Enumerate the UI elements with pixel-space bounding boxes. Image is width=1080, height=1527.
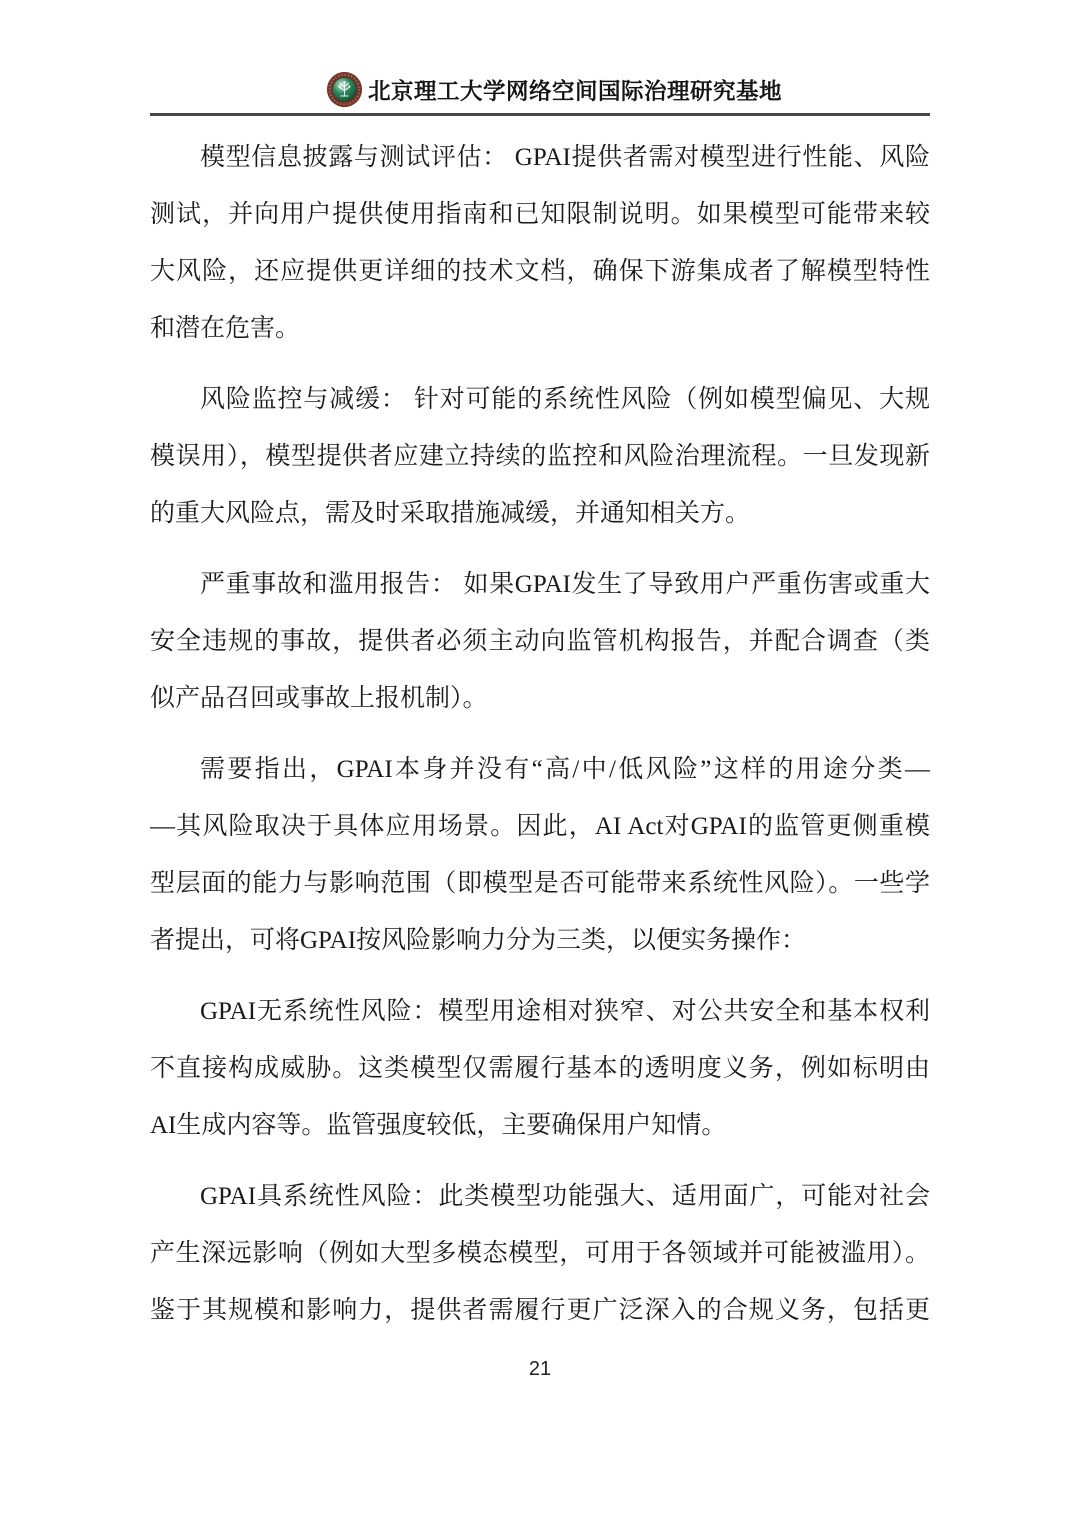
text-line: GPAI具系统性风险：此类模型功能强大、适用面广，可能对社会 <box>150 1168 930 1225</box>
paragraph: GPAI具系统性风险：此类模型功能强大、适用面广，可能对社会产生深远影响（例如大… <box>150 1168 930 1339</box>
text-line: 风险监控与减缓： 针对可能的系统性风险（例如模型偏见、大规 <box>150 371 930 428</box>
text-line: AI生成内容等。监管强度较低，主要确保用户知情。 <box>150 1097 930 1154</box>
text-line: 模误用），模型提供者应建立持续的监控和风险治理流程。一旦发现新 <box>150 428 930 485</box>
university-seal-icon <box>326 71 363 108</box>
text-line: 产生深远影响（例如大型多模态模型，可用于各领域并可能被滥用）。 <box>150 1225 930 1282</box>
text-line: 不直接构成威胁。这类模型仅需履行基本的透明度义务，例如标明由 <box>150 1040 930 1097</box>
page-header: 北京理工大学网络空间国际治理研究基地 <box>150 0 930 116</box>
text-line: —其风险取决于具体应用场景。因此，AI Act对GPAI的监管更侧重模 <box>150 798 930 855</box>
paragraph: 风险监控与减缓： 针对可能的系统性风险（例如模型偏见、大规模误用），模型提供者应… <box>150 371 930 542</box>
text-line: 似产品召回或事故上报机制）。 <box>150 670 930 727</box>
text-line: 需要指出，GPAI本身并没有“高/中/低风险”这样的用途分类— <box>150 741 930 798</box>
text-line: 大风险，还应提供更详细的技术文档，确保下游集成者了解模型特性 <box>150 243 930 300</box>
text-line: 安全违规的事故，提供者必须主动向监管机构报告，并配合调查（类 <box>150 613 930 670</box>
text-line: 模型信息披露与测试评估： GPAI提供者需对模型进行性能、风险 <box>150 129 930 186</box>
document-body: 模型信息披露与测试评估： GPAI提供者需对模型进行性能、风险测试，并向用户提供… <box>150 116 930 1339</box>
page-number: 21 <box>0 1358 1080 1381</box>
text-line: 者提出，可将GPAI按风险影响力分为三类，以便实务操作： <box>150 912 930 969</box>
text-line: 严重事故和滥用报告： 如果GPAI发生了导致用户严重伤害或重大 <box>150 556 930 613</box>
paragraph: GPAI无系统性风险：模型用途相对狭窄、对公共安全和基本权利不直接构成威胁。这类… <box>150 983 930 1154</box>
text-line: 的重大风险点，需及时采取措施减缓，并通知相关方。 <box>150 485 930 542</box>
document-page: 北京理工大学网络空间国际治理研究基地 模型信息披露与测试评估： GPAI提供者需… <box>0 0 1080 1527</box>
paragraph: 模型信息披露与测试评估： GPAI提供者需对模型进行性能、风险测试，并向用户提供… <box>150 129 930 357</box>
text-line: 型层面的能力与影响范围（即模型是否可能带来系统性风险）。一些学 <box>150 855 930 912</box>
text-line: 鉴于其规模和影响力，提供者需履行更广泛深入的合规义务，包括更 <box>150 1282 930 1339</box>
text-line: 和潜在危害。 <box>150 300 930 357</box>
org-name: 北京理工大学网络空间国际治理研究基地 <box>368 74 782 106</box>
paragraph: 严重事故和滥用报告： 如果GPAI发生了导致用户严重伤害或重大安全违规的事故，提… <box>150 556 930 727</box>
header-row: 北京理工大学网络空间国际治理研究基地 <box>326 71 782 108</box>
paragraph: 需要指出，GPAI本身并没有“高/中/低风险”这样的用途分类——其风险取决于具体… <box>150 741 930 969</box>
text-line: 测试，并向用户提供使用指南和已知限制说明。如果模型可能带来较 <box>150 186 930 243</box>
text-line: GPAI无系统性风险：模型用途相对狭窄、对公共安全和基本权利 <box>150 983 930 1040</box>
